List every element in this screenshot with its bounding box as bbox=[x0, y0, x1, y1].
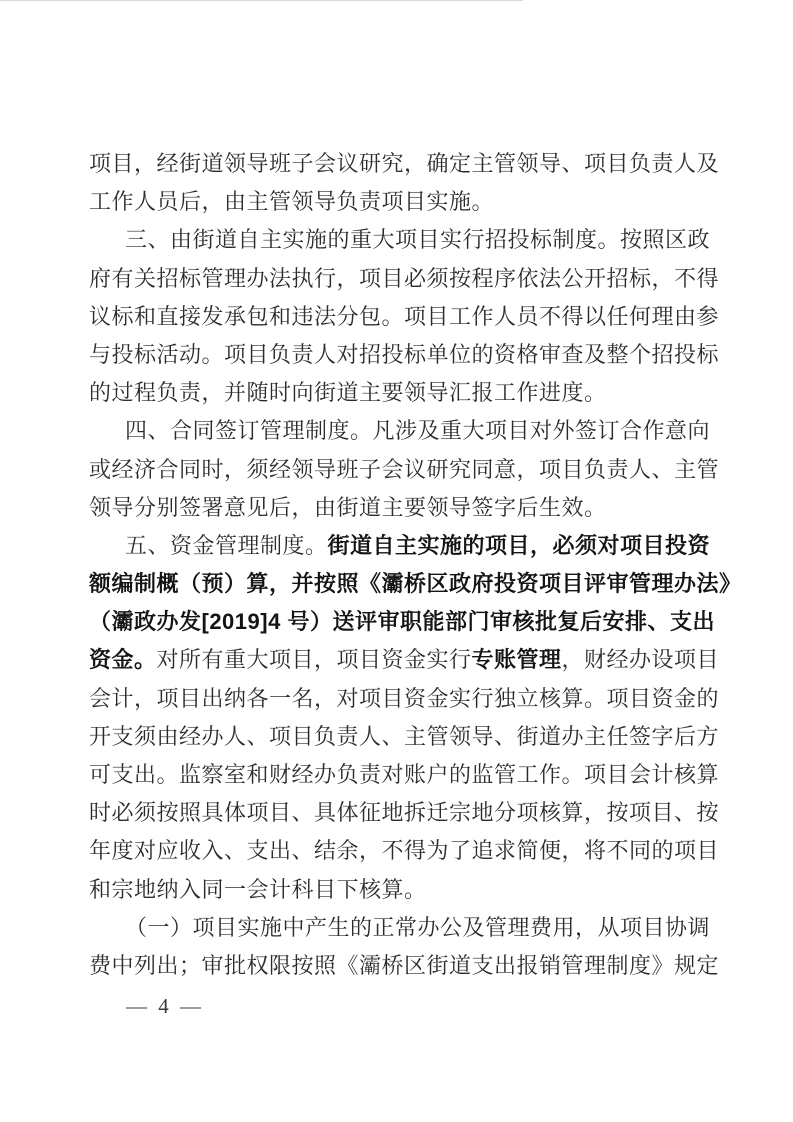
text-segment: （灞政办发[2019]4 号）送评审职能部门审核批复后安排、支出 bbox=[89, 609, 715, 634]
text-segment: 五、资金管理制度。 bbox=[125, 533, 328, 558]
text-line: （灞政办发[2019]4 号）送评审职能部门审核批复后安排、支出 bbox=[89, 603, 729, 641]
text-segment: 和宗地纳入同一会计科目下核算。 bbox=[89, 877, 427, 902]
text-segment: 或经济合同时，须经领导班子会议研究同意，项目负责人、主管 bbox=[89, 457, 719, 482]
text-segment: 府有关招标管理办法执行，项目必须按程序依法公开招标，不得 bbox=[89, 266, 719, 291]
text-segment: 的过程负责，并随时向街道主要领导汇报工作进度。 bbox=[89, 380, 607, 405]
text-segment: 街道自主实施的项目，必须对项目投资 bbox=[328, 533, 711, 558]
text-segment: 开支须由经办人、项目负责人、主管领导、街道办主任签字后方 bbox=[89, 724, 719, 749]
document-page: { "page": { "number_label": "— 4 —", "li… bbox=[0, 0, 793, 1122]
text-segment: 时必须按照具体项目、具体征地拆迁宗地分项核算，按项目、按 bbox=[89, 800, 719, 825]
text-segment: 四、合同签订管理制度。凡涉及重大项目对外签订合作意向 bbox=[125, 418, 710, 443]
text-segment: 三、由街道自主实施的重大项目实行招投标制度。按照区政 bbox=[125, 227, 710, 252]
text-line: 与投标活动。项目负责人对招投标单位的资格审查及整个招投标 bbox=[89, 336, 729, 374]
text-segment: 领导分别签署意见后，由街道主要领导签字后生效。 bbox=[89, 495, 607, 520]
text-line: 项目，经街道领导班子会议研究，确定主管领导、项目负责人及 bbox=[89, 145, 729, 183]
text-line: （一）项目实施中产生的正常办公及管理费用，从项目协调 bbox=[89, 909, 729, 947]
text-line: 时必须按照具体项目、具体征地拆迁宗地分项核算，按项目、按 bbox=[89, 794, 729, 832]
text-line: 和宗地纳入同一会计科目下核算。 bbox=[89, 871, 729, 909]
text-line: 三、由街道自主实施的重大项目实行招投标制度。按照区政 bbox=[89, 221, 729, 259]
text-line: 会计，项目出纳各一名，对项目资金实行独立核算。项目资金的 bbox=[89, 680, 729, 718]
text-line: 领导分别签署意见后，由街道主要领导签字后生效。 bbox=[89, 489, 729, 527]
text-line: 四、合同签订管理制度。凡涉及重大项目对外签订合作意向 bbox=[89, 412, 729, 450]
text-segment: 对所有重大项目，项目资金实行 bbox=[157, 647, 472, 672]
page-number: — 4 — bbox=[126, 994, 204, 1019]
text-segment: 年度对应收入、支出、结余，不得为了追求简便，将不同的项目 bbox=[89, 838, 719, 863]
text-line: 工作人员后，由主管领导负责项目实施。 bbox=[89, 183, 729, 221]
text-line: 开支须由经办人、项目负责人、主管领导、街道办主任签字后方 bbox=[89, 718, 729, 756]
text-segment: （一）项目实施中产生的正常办公及管理费用，从项目协调 bbox=[125, 915, 710, 940]
scan-artifact-line bbox=[0, 0, 523, 1]
text-line: 或经济合同时，须经领导班子会议研究同意，项目负责人、主管 bbox=[89, 451, 729, 489]
text-line: 资金。对所有重大项目，项目资金实行专账管理，财经办设项目 bbox=[89, 641, 729, 679]
text-line: 额编制概（预）算，并按照《灞桥区政府投资项目评审管理办法》 bbox=[89, 565, 729, 603]
text-segment: 与投标活动。项目负责人对招投标单位的资格审查及整个招投标 bbox=[89, 342, 719, 367]
text-line: 议标和直接发承包和违法分包。项目工作人员不得以任何理由参 bbox=[89, 298, 729, 336]
text-segment: 费中列出；审批权限按照《灞桥区街道支出报销管理制度》规定 bbox=[89, 953, 719, 978]
text-line: 府有关招标管理办法执行，项目必须按程序依法公开招标，不得 bbox=[89, 260, 729, 298]
text-segment: 专账管理 bbox=[472, 647, 562, 672]
text-line: 可支出。监察室和财经办负责对账户的监管工作。项目会计核算 bbox=[89, 756, 729, 794]
text-line: 费中列出；审批权限按照《灞桥区街道支出报销管理制度》规定 bbox=[89, 947, 729, 985]
text-segment: 额编制概（预）算，并按照《灞桥区政府投资项目评审管理办法》 bbox=[89, 571, 742, 596]
text-line: 年度对应收入、支出、结余，不得为了追求简便，将不同的项目 bbox=[89, 832, 729, 870]
document-body: 项目，经街道领导班子会议研究，确定主管领导、项目负责人及工作人员后，由主管领导负… bbox=[89, 145, 729, 985]
text-segment: 资金。 bbox=[89, 647, 157, 672]
text-line: 五、资金管理制度。街道自主实施的项目，必须对项目投资 bbox=[89, 527, 729, 565]
text-segment: 议标和直接发承包和违法分包。项目工作人员不得以任何理由参 bbox=[89, 304, 719, 329]
text-segment: 会计，项目出纳各一名，对项目资金实行独立核算。项目资金的 bbox=[89, 686, 719, 711]
text-segment: 项目，经街道领导班子会议研究，确定主管领导、项目负责人及 bbox=[89, 151, 719, 176]
text-line: 的过程负责，并随时向街道主要领导汇报工作进度。 bbox=[89, 374, 729, 412]
text-segment: 可支出。监察室和财经办负责对账户的监管工作。项目会计核算 bbox=[89, 762, 719, 787]
text-segment: 工作人员后，由主管领导负责项目实施。 bbox=[89, 189, 494, 214]
text-segment: ，财经办设项目 bbox=[562, 647, 720, 672]
